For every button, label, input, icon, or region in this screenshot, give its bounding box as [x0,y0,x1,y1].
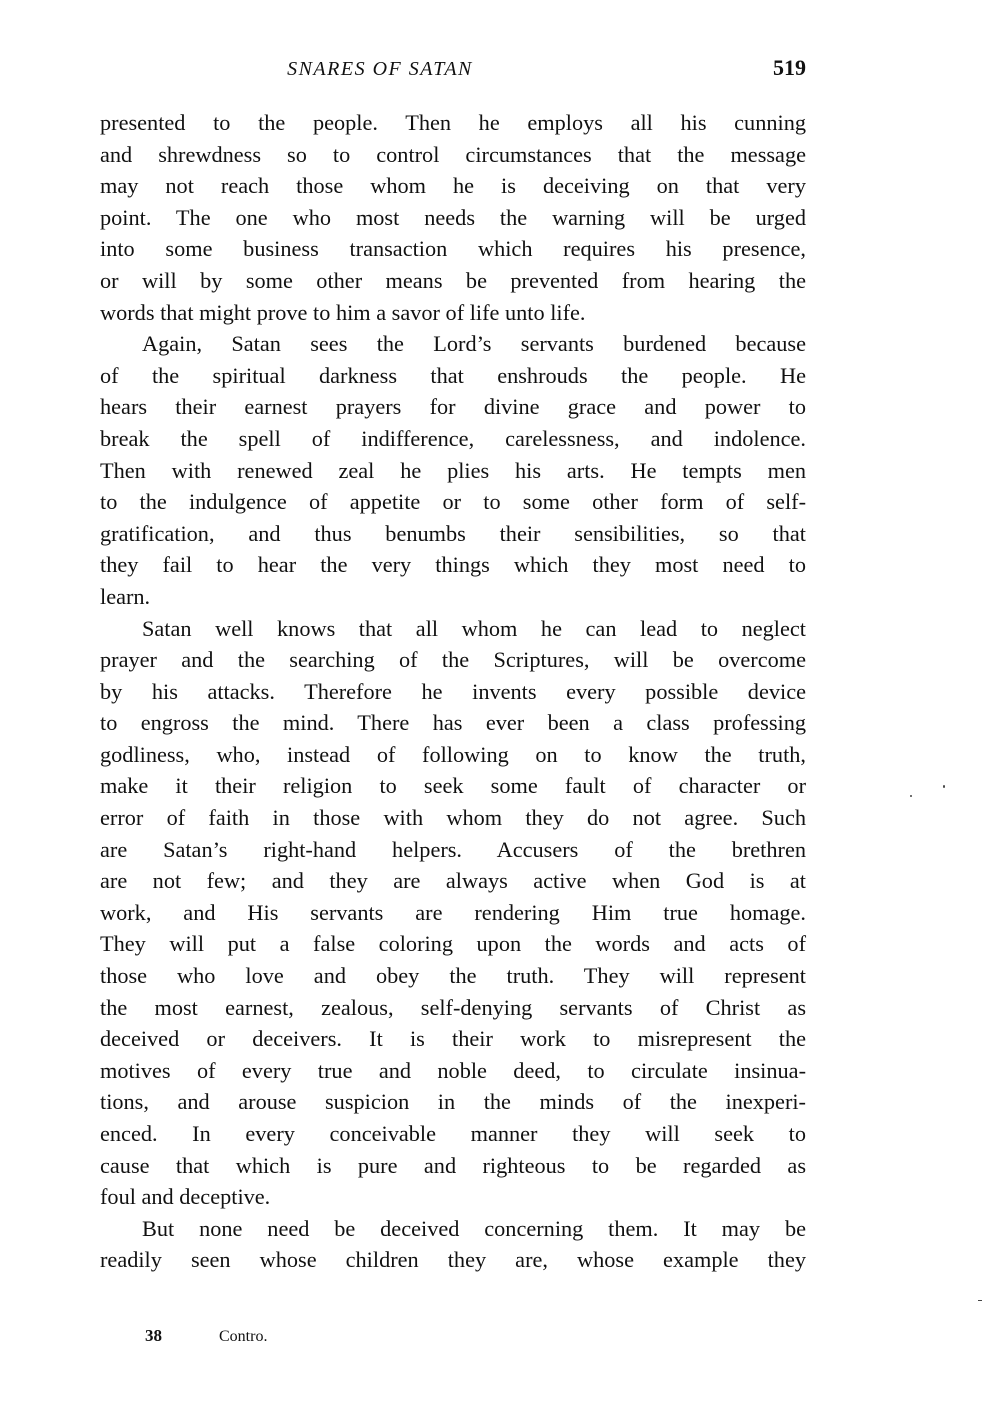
text-line: they fail to hear the very things which … [100,549,806,581]
text-line: readily seen whose children they are, wh… [100,1244,806,1276]
signature-mark: 38 Contro. [145,1326,267,1346]
text-line: to the indulgence of appetite or to some… [100,486,806,518]
text-line: or will by some other means be prevented… [100,265,806,297]
text-line: presented to the people. Then he employs… [100,107,806,139]
paragraph-2: Again, Satan sees the Lord’s servants bu… [100,328,806,612]
running-title: SNARES OF SATAN [100,58,660,81]
text-line: error of faith in those with whom they d… [100,802,806,834]
text-line: are not few; and they are always active … [100,865,806,897]
text-line: Again, Satan sees the Lord’s servants bu… [100,328,806,360]
paragraph-3: Satan well knows that all whom he can le… [100,613,806,1213]
text-line: motives of every true and noble deed, to… [100,1055,806,1087]
text-line: gratification, and thus benumbs their se… [100,518,806,550]
text-line: may not reach those whom he is deceiving… [100,170,806,202]
text-line: words that might prove to him a savor of… [100,297,806,329]
paragraph-1: presented to the people. Then he employs… [100,107,806,328]
text-line: enced. In every conceivable manner they … [100,1118,806,1150]
signature-number: 38 [145,1326,215,1346]
text-line: hears their earnest prayers for divine g… [100,391,806,423]
text-line: of the spiritual darkness that enshrouds… [100,360,806,392]
text-line: tions, and arouse suspicion in the minds… [100,1086,806,1118]
text-line: prayer and the searching of the Scriptur… [100,644,806,676]
page-number: 519 [773,55,806,81]
scan-speck [910,795,912,797]
text-line: Then with renewed zeal he plies his arts… [100,455,806,487]
text-line: They will put a false coloring upon the … [100,928,806,960]
text-line: cause that which is pure and righteous t… [100,1150,806,1182]
text-line: to engross the mind. There has ever been… [100,707,806,739]
text-line: are Satan’s right-hand helpers. Accusers… [100,834,806,866]
running-head: SNARES OF SATAN 519 [100,55,806,85]
text-line: break the spell of indifference, careles… [100,423,806,455]
text-line: by his attacks. Therefore he invents eve… [100,676,806,708]
book-page: SNARES OF SATAN 519 presented to the peo… [0,0,1000,1409]
text-line: those who love and obey the truth. They … [100,960,806,992]
scan-speck [943,785,945,788]
text-line: learn. [100,581,806,613]
text-line: the most earnest, zealous, self-denying … [100,992,806,1024]
text-line: point. The one who most needs the warnin… [100,202,806,234]
text-line: make it their religion to seek some faul… [100,770,806,802]
text-line: godliness, who, instead of following on … [100,739,806,771]
text-line: into some business transaction which req… [100,233,806,265]
paragraph-4: But none need be deceived concerning the… [100,1213,806,1276]
text-line: foul and deceptive. [100,1181,806,1213]
body-text: presented to the people. Then he employs… [100,107,806,1276]
text-line: But none need be deceived concerning the… [100,1213,806,1245]
text-line: deceived or deceivers. It is their work … [100,1023,806,1055]
text-line: work, and His servants are rendering Him… [100,897,806,929]
scan-speck [978,1300,982,1301]
signature-abbrev: Contro. [219,1328,267,1345]
text-line: and shrewdness so to control circumstanc… [100,139,806,171]
text-line: Satan well knows that all whom he can le… [100,613,806,645]
